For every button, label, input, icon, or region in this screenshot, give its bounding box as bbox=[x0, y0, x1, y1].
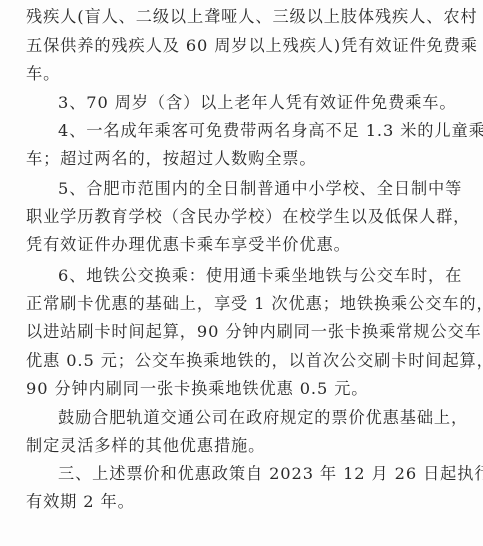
text-line-2: 五保供养的残疾人及 60 周岁以上残疾人)凭有效证件免费乘 bbox=[26, 35, 466, 57]
section-3-line-1: 三、上述票价和优惠政策自 2023 年 12 月 26 日起执行， bbox=[58, 463, 466, 485]
item-6-line-4: 优惠 0.5 元；公交车换乘地铁的，以首次公交刷卡时间起算， bbox=[26, 350, 466, 372]
item-6-line-3: 以进站刷卡时间起算，90 分钟内刷同一张卡换乘常规公交车 bbox=[26, 321, 466, 343]
encourage-paragraph-line-2: 制定灵活多样的其他优惠措施。 bbox=[26, 435, 466, 457]
item-5-line-2: 职业学历教育学校（含民办学校）在校学生以及低保人群， bbox=[26, 206, 466, 228]
item-6-line-2: 正常刷卡优惠的基础上，享受 1 次优惠；地铁换乘公交车的， bbox=[26, 293, 466, 315]
item-5-line-1: 5、合肥市范围内的全日制普通中小学校、全日制中等 bbox=[58, 178, 466, 200]
text-line-3: 车。 bbox=[26, 63, 466, 85]
encourage-paragraph-line-1: 鼓励合肥轨道交通公司在政府规定的票价优惠基础上， bbox=[58, 407, 466, 429]
text-line-1: 残疾人(盲人、二级以上聋哑人、三级以上肢体残疾人、农村 bbox=[26, 6, 466, 28]
item-5-line-3: 凭有效证件办理优惠卡乘车享受半价优惠。 bbox=[26, 234, 466, 256]
document-page: 残疾人(盲人、二级以上聋哑人、三级以上肢体残疾人、农村 五保供养的残疾人及 60… bbox=[0, 0, 483, 546]
item-4-line-1: 4、一名成年乘客可免费带两名身高不足 1.3 米的儿童乘 bbox=[58, 120, 466, 142]
item-6-line-5: 90 分钟内刷同一张卡换乘地铁优惠 0.5 元。 bbox=[26, 378, 466, 400]
section-3-line-2: 有效期 2 年。 bbox=[26, 491, 466, 513]
item-3-line-1: 3、70 周岁（含）以上老年人凭有效证件免费乘车。 bbox=[58, 92, 466, 114]
item-6-line-1: 6、地铁公交换乘：使用通卡乘坐地铁与公交车时，在 bbox=[58, 265, 466, 287]
item-4-line-2: 车；超过两名的，按超过人数购全票。 bbox=[26, 148, 466, 170]
